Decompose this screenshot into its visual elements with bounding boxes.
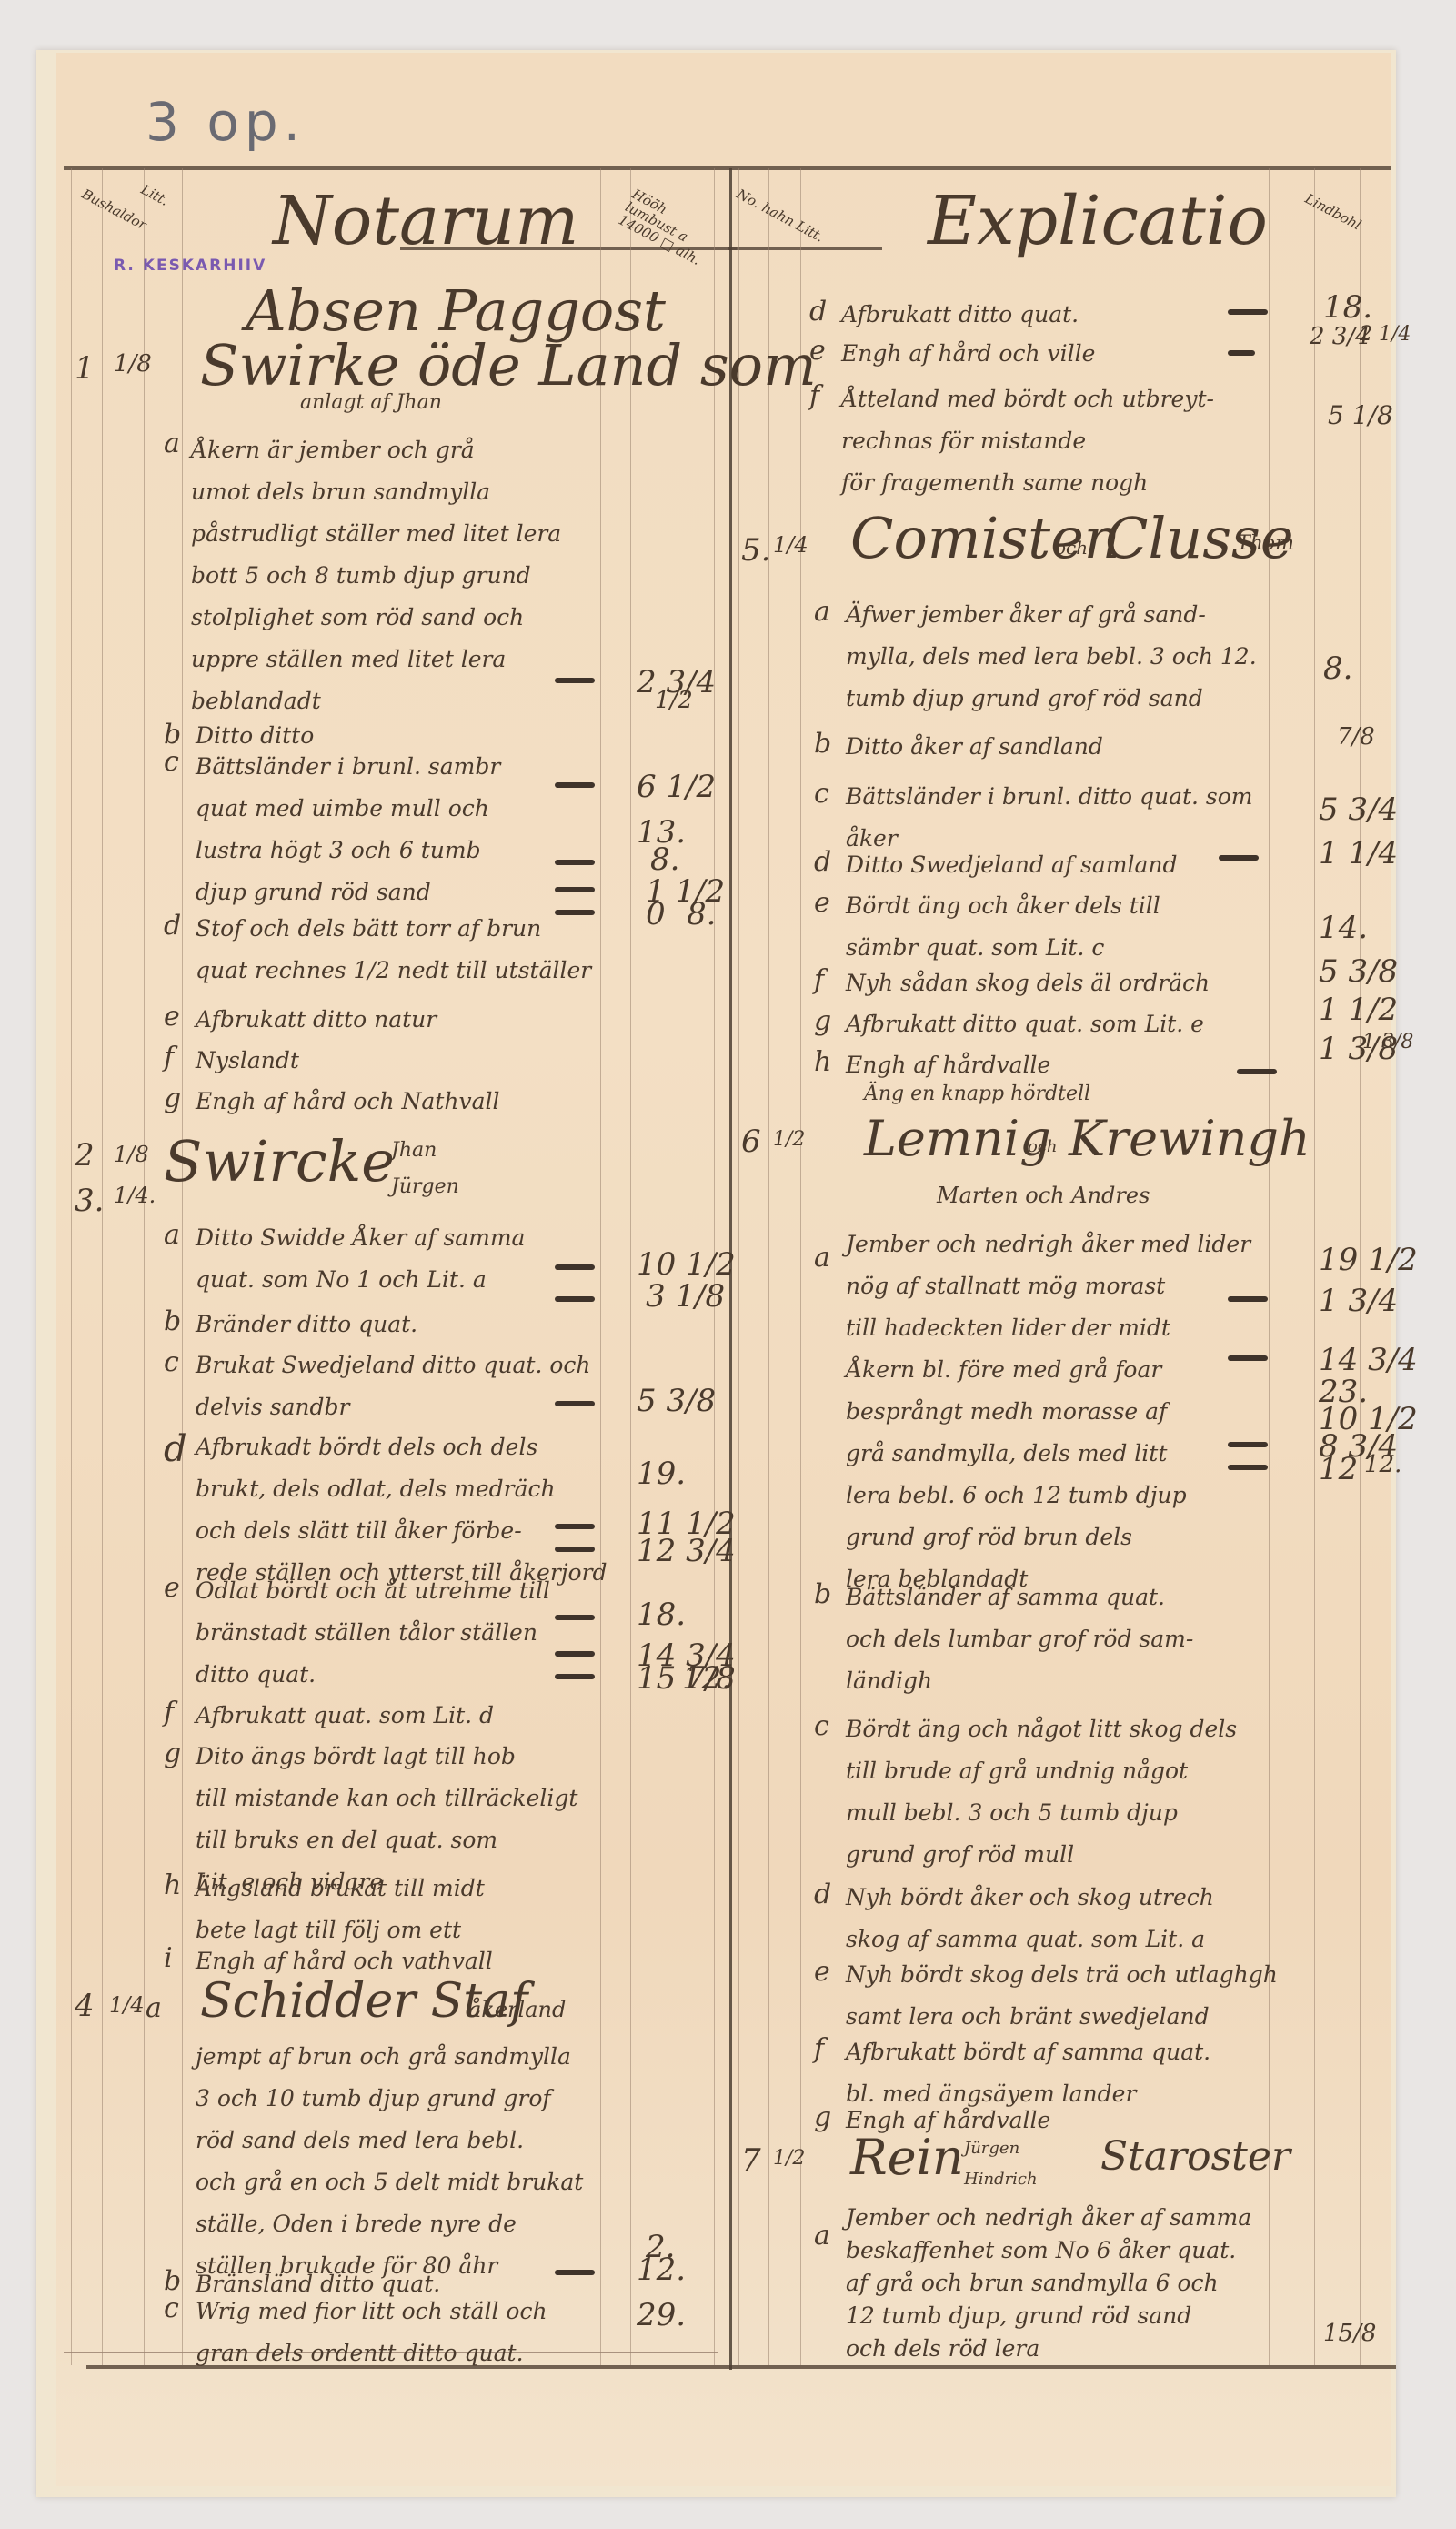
letter-line <box>182 168 183 2365</box>
dash-mark <box>555 1524 595 1529</box>
dash-mark <box>1228 1355 1268 1361</box>
entry-letter: a <box>164 1219 180 1251</box>
entry-letter: e <box>164 1001 180 1033</box>
section-fraction: 1/4 <box>109 1992 145 2018</box>
entry-value: 5 3/8 <box>637 1383 716 1419</box>
section-number: 6 <box>741 1123 761 1160</box>
dash-mark <box>1228 1296 1268 1302</box>
dash-mark <box>1237 1069 1277 1074</box>
notarum-title: Notarum <box>273 182 578 260</box>
dash-mark <box>555 1674 595 1679</box>
entry-text: Bördt äng och åker dels till sämbr quat.… <box>846 885 1160 969</box>
dash-mark <box>1228 309 1268 315</box>
section-number-2: 3. <box>75 1183 104 1219</box>
entry-letter: f <box>809 380 819 412</box>
owner-bracket: Jhan Jürgen <box>391 1133 459 1205</box>
entry-value: 1/2 <box>655 687 693 714</box>
dash-mark <box>555 782 595 788</box>
entry-text: Engh af hård och Nathvall <box>196 1081 499 1123</box>
entry-letter: e <box>814 887 830 919</box>
entry-letter: a <box>814 1242 830 1274</box>
entry-text: Afbrukatt ditto quat. som Lit. e <box>846 1003 1204 1045</box>
entry-letter: i <box>164 1942 173 1974</box>
section-title-suffix: åkerland <box>468 1997 566 2022</box>
entry-letter: f <box>164 1697 174 1728</box>
entry-text: Ängsland brukat till midt bete lagt till… <box>196 1868 485 1951</box>
entry-extra-value: 1 3/8 <box>1362 1031 1413 1053</box>
entry-text: Jember och nedrigh åker med lider nög af… <box>846 1224 1250 1600</box>
entry-letter: a <box>814 2220 830 2252</box>
entry-text: Engh af hård och ville <box>841 333 1095 375</box>
section-title-2-suffix: Thom <box>1237 532 1294 555</box>
right-value-line-2 <box>1314 168 1315 2365</box>
dash-mark <box>555 1264 595 1270</box>
entry-text: jempt af brun och grå sandmylla 3 och 10… <box>196 2036 583 2287</box>
owner-bracket: Jürgen Hindrich <box>964 2133 1038 2195</box>
dash-mark <box>555 910 595 915</box>
entry-text: Stof och dels bätt torr af brun quat rec… <box>196 908 591 992</box>
entry-letter: b <box>164 1305 181 1337</box>
entry-text: Afbrukatt ditto natur <box>196 999 437 1041</box>
explicatio-arrow-line <box>728 247 882 250</box>
pencil-folio-mark: 3 op. <box>146 91 306 153</box>
entry-value: 5 3/4 <box>1319 791 1398 828</box>
entry-value: 6 1/2 <box>637 769 716 805</box>
section-title: Swirke öde Land som <box>200 332 817 398</box>
section-title-2: Krewingh <box>1069 1110 1310 1167</box>
dash-mark <box>555 887 595 892</box>
entry-value: 18. <box>637 1597 686 1633</box>
right-fraction-line <box>800 168 801 2365</box>
title-join: och <box>1055 537 1088 559</box>
entry-extra-value: 12. <box>682 1660 731 1697</box>
section-fraction: 1/4 <box>773 532 808 558</box>
entry-text: Odlat bördt och åt utrehme till bränstad… <box>196 1570 550 1696</box>
section-title-2: Staroster <box>1100 2133 1290 2180</box>
entry-value: 5 3/8 <box>1319 953 1398 990</box>
entry-text: Bördt äng och något litt skog dels till … <box>846 1708 1237 1876</box>
dash-mark <box>1228 350 1255 356</box>
center-divider-inner <box>738 168 739 2365</box>
entry-letter: e <box>809 335 826 367</box>
left-value-line-2 <box>630 168 631 2365</box>
entry-letter: g <box>814 1005 831 1037</box>
entry-letter: d <box>814 846 831 878</box>
dash-mark <box>555 1296 595 1302</box>
entry-value: 19 1/2 <box>1319 1242 1418 1278</box>
entry-letter: g <box>164 1738 181 1769</box>
entry-value: 1 3/4 <box>1319 1283 1398 1319</box>
section-title: Swircke <box>164 1128 395 1194</box>
entry-value: 12 3/4 <box>637 1533 736 1569</box>
dash-mark <box>555 1547 595 1552</box>
entry-value: 1 1/4 <box>1319 835 1398 872</box>
entry-text: Ditto Swedjeland af samland <box>846 844 1178 886</box>
section-fraction: 1/2 <box>773 1128 805 1151</box>
entry-letter: a <box>146 1992 162 2024</box>
entry-value: 0 <box>646 896 666 932</box>
entry-text: Åtteland med bördt och utbreyt- rechnas … <box>841 378 1214 504</box>
entry-letter: b <box>814 1578 831 1610</box>
section-fraction-2: 1/4. <box>114 1183 156 1208</box>
entry-extra-value: 8. <box>687 896 716 932</box>
entry-value: 29. <box>637 2297 686 2333</box>
entry-letter: d <box>809 296 827 327</box>
entry-value: 12. <box>637 2252 686 2288</box>
entry-value: 8. <box>650 841 679 878</box>
dash-mark <box>1228 1442 1268 1447</box>
dash-mark <box>555 860 595 865</box>
entry-letter: b <box>814 728 831 760</box>
entry-text: Nyh bördt åker och skog utrech skog af s… <box>846 1877 1214 1960</box>
entry-value: 15/8 <box>1323 2320 1376 2347</box>
entry-text: Nyh bördt skog dels trä och utlaghgh sam… <box>846 1954 1278 2038</box>
entry-letter: a <box>814 596 830 628</box>
entry-text: Engh af hårdvalle <box>846 1044 1050 1086</box>
entry-value: 5 1/8 <box>1328 400 1393 430</box>
entry-text: Ditto åker af sandland <box>846 726 1103 768</box>
entry-value: 14. <box>1319 910 1368 946</box>
left-value-line <box>600 168 601 2365</box>
entry-value: 18. <box>1323 289 1372 326</box>
section-fraction: 1/2 <box>773 2147 805 2170</box>
entry-letter: h <box>814 1046 831 1078</box>
right-secnum-line <box>768 168 769 2365</box>
entry-letter: d <box>814 1879 831 1910</box>
fraction-line <box>144 168 145 2365</box>
dash-mark <box>555 1651 595 1657</box>
entry-text: Jember och nedrigh åker af samma beskaff… <box>846 2202 1251 2365</box>
entry-value: 14 3/4 <box>1319 1342 1418 1378</box>
entry-letter: g <box>814 2101 831 2133</box>
section-number: 7 <box>741 2142 761 2179</box>
entry-extra-value: 12. <box>1364 1451 1401 1478</box>
explicatio-title: Explicatio <box>928 182 1268 260</box>
entry-text: Afbrukadt bördt dels och dels brukt, del… <box>196 1426 608 1594</box>
archive-stamp: R. KESKARHIIV <box>114 257 266 275</box>
entry-text: Äfwer jember åker af grå sand- mylla, de… <box>846 594 1257 720</box>
entry-letter: f <box>814 2033 824 2065</box>
entry-letter: c <box>164 2292 179 2324</box>
entry-letter: d <box>164 1428 187 1470</box>
dash-mark <box>555 678 595 683</box>
section-number: 5. <box>741 532 770 569</box>
section-title: Rein <box>850 2129 964 2186</box>
entry-letter: f <box>814 964 824 996</box>
entry-text: Afbrukatt ditto quat. <box>841 294 1079 336</box>
section-subtitle: Marten och Andres <box>937 1183 1150 1208</box>
entry-letter: e <box>164 1572 180 1604</box>
section-subtitle: anlagt af Jhan <box>300 391 442 414</box>
entry-text: Brukat Swedjeland ditto quat. och delvis… <box>196 1345 591 1428</box>
entry-letter: d <box>164 910 181 942</box>
section-fraction: 1/8 <box>114 350 152 378</box>
entry-letter: c <box>164 746 179 778</box>
entry-letter: c <box>164 1346 179 1378</box>
dash-mark <box>555 2270 595 2275</box>
section-number: 4 <box>75 1988 95 2024</box>
entry-text: Wrig med fior litt och ställ och gran de… <box>196 2291 547 2374</box>
entry-text: Nyslandt <box>196 1040 299 1082</box>
entry-text: Bättsländer i brunl. sambr quat med uimb… <box>196 746 500 913</box>
entry-text: Åkern är jember och grå umot dels brun s… <box>191 429 561 722</box>
margin-line <box>71 168 72 2365</box>
top-rule <box>64 166 1391 170</box>
secnum-line <box>102 168 103 2365</box>
entry-text: Nyh sådan skog dels äl ordräch <box>846 962 1210 1004</box>
entry-text: Bränder ditto quat. <box>196 1304 417 1345</box>
dash-mark <box>1228 1465 1268 1470</box>
entry-value: 7/8 <box>1337 723 1375 751</box>
entry-value: 19. <box>637 1456 686 1492</box>
section-pretitle: Äng en knapp hördtell <box>864 1083 1090 1105</box>
entry-text: Ditto Swidde Åker af samma quat. som No … <box>196 1217 525 1301</box>
entry-letter: a <box>164 428 180 459</box>
entry-value: 1 1/2 <box>1319 992 1398 1028</box>
entry-value: 12 <box>1319 1451 1358 1487</box>
title-join: och <box>1028 1137 1058 1156</box>
dash-mark <box>1219 855 1259 861</box>
section-fraction: 1/8 <box>114 1142 149 1167</box>
dash-mark <box>555 1615 595 1620</box>
entry-value: 3 1/8 <box>646 1278 725 1315</box>
entry-value: 8. <box>1323 650 1352 687</box>
entry-letter: c <box>814 1710 829 1742</box>
entry-text: Afbrukatt quat. som Lit. d <box>196 1695 494 1737</box>
section-title: Lemnig <box>864 1110 1051 1167</box>
entry-letter: h <box>164 1869 181 1901</box>
entry-letter: g <box>164 1083 181 1114</box>
entry-extra-value: 2 1/4 <box>1360 323 1411 346</box>
dash-mark <box>555 1401 595 1406</box>
section-number: 1 <box>75 350 95 387</box>
entry-letter: e <box>814 1956 830 1988</box>
entry-value: 10 1/2 <box>637 1246 736 1283</box>
entry-letter: f <box>164 1042 174 1073</box>
entry-letter: c <box>814 778 829 810</box>
entry-text: Bättsländer af samma quat. och dels lumb… <box>846 1577 1193 1702</box>
section-number: 2 <box>75 1137 95 1174</box>
